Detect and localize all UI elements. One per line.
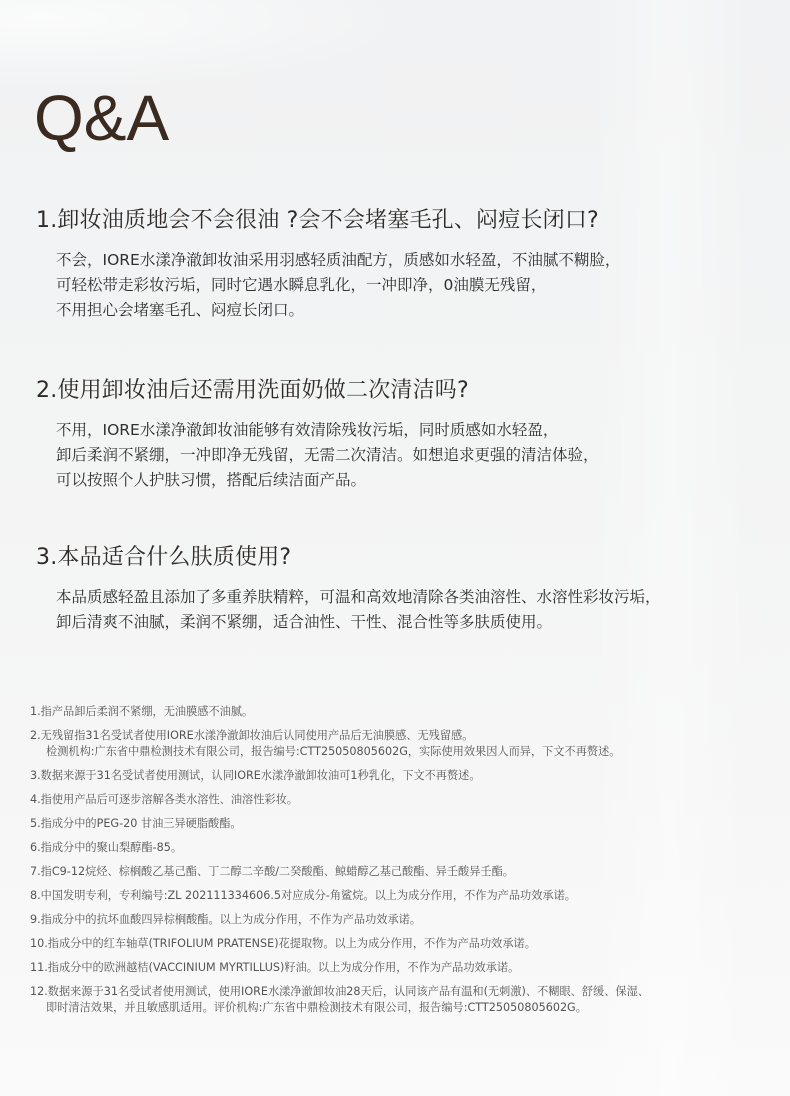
footnotes: 1.指产品卸后柔润不紧绷，无油膜感不油腻。 2.无残留指31名受试者使用IORE… [30,704,780,1024]
qa-question: 3.本品适合什么肤质使用? [36,543,786,573]
footnote-text: 2.无残留指31名受试者使用IORE水漾净澈卸妆油后认同使用产品后无油膜感、无残… [30,729,473,742]
footnote-text: 10.指成分中的红车轴草(TRIFOLIUM PRATENSE)花提取物。以上为… [30,937,536,950]
qa-answer: 不用，IORE水漾净澈卸妆油能够有效清除残妆污垢，同时质感如水轻盈， 卸后柔润不… [56,418,786,493]
footnote-text: 3.数据来源于31名受试者使用测试，认同IORE水漾净澈卸妆油可1秒乳化，下文不… [30,769,481,782]
footnote-12: 12.数据来源于31名受试者使用测试，使用IORE水漾净澈卸妆油28天后，认同该… [30,984,780,1016]
footnote-subtext: 检测机构:广东省中鼎检测技术有限公司，报告编号:CTT25050805602G，… [30,744,780,760]
footnote-text: 12.数据来源于31名受试者使用测试，使用IORE水漾净澈卸妆油28天后，认同该… [30,985,649,998]
footnote-11: 11.指成分中的欧洲越桔(VACCINIUM MYRTILLUS)籽油。以上为成… [30,960,780,976]
footnote-1: 1.指产品卸后柔润不紧绷，无油膜感不油腻。 [30,704,780,720]
page-title: Q&A [34,82,169,154]
footnote-2: 2.无残留指31名受试者使用IORE水漾净澈卸妆油后认同使用产品后无油膜感、无残… [30,728,780,760]
qa-question: 1.卸妆油质地会不会很油 ?会不会堵塞毛孔、闷痘长闭口? [36,206,786,236]
footnote-6: 6.指成分中的聚山梨醇酯-85。 [30,840,780,856]
answer-line: 不用，IORE水漾净澈卸妆油能够有效清除残妆污垢，同时质感如水轻盈， [56,418,786,443]
footnote-subtext: 即时清洁效果，并且敏感肌适用。评价机构:广东省中鼎检测技术有限公司，报告编号:C… [30,1000,780,1016]
qa-item-1: 1.卸妆油质地会不会很油 ?会不会堵塞毛孔、闷痘长闭口? 不会，IORE水漾净澈… [36,206,786,323]
footnote-7: 7.指C9-12烷烃、棕榈酸乙基己酯、丁二醇二辛酸/二癸酸酯、鲸蜡醇乙基己酸酯、… [30,864,780,880]
answer-line: 不用担心会堵塞毛孔、闷痘长闭口。 [56,298,786,323]
answer-line: 卸后柔润不紧绷，一冲即净无残留，无需二次清洁。如想追求更强的清洁体验， [56,443,786,468]
answer-line: 卸后清爽不油腻，柔润不紧绷，适合油性、干性、混合性等多肤质使用。 [56,610,786,635]
qa-item-2: 2.使用卸妆油后还需用洗面奶做二次清洁吗? 不用，IORE水漾净澈卸妆油能够有效… [36,376,786,493]
footnote-text: 5.指成分中的PEG-20 甘油三异硬脂酸酯。 [30,817,242,830]
footnote-4: 4.指使用产品后可逐步溶解各类水溶性、油溶性彩妆。 [30,792,780,808]
footnote-text: 8.中国发明专利，专利编号:ZL 202111334606.5对应成分-角鲨烷。… [30,889,576,902]
footnote-9: 9.指成分中的抗坏血酸四异棕榈酸酯。以上为成分作用，不作为产品功效承诺。 [30,912,780,928]
footnote-text: 11.指成分中的欧洲越桔(VACCINIUM MYRTILLUS)籽油。以上为成… [30,961,519,974]
footnote-10: 10.指成分中的红车轴草(TRIFOLIUM PRATENSE)花提取物。以上为… [30,936,780,952]
answer-line: 本品质感轻盈且添加了多重养肤精粹，可温和高效地清除各类油溶性、水溶性彩妆污垢， [56,585,786,610]
footnote-text: 7.指C9-12烷烃、棕榈酸乙基己酯、丁二醇二辛酸/二癸酸酯、鲸蜡醇乙基己酸酯、… [30,865,514,878]
answer-line: 可轻松带走彩妆污垢，同时它遇水瞬息乳化，一冲即净，0油膜无残留， [56,273,786,298]
answer-line: 可以按照个人护肤习惯，搭配后续洁面产品。 [56,468,786,493]
footnote-8: 8.中国发明专利，专利编号:ZL 202111334606.5对应成分-角鲨烷。… [30,888,780,904]
qa-answer: 不会，IORE水漾净澈卸妆油采用羽感轻质油配方，质感如水轻盈，不油腻不糊脸， 可… [56,248,786,323]
background-sheen [0,0,420,90]
footnote-text: 4.指使用产品后可逐步溶解各类水溶性、油溶性彩妆。 [30,793,298,806]
footnote-text: 1.指产品卸后柔润不紧绷，无油膜感不油腻。 [30,705,253,718]
qa-answer: 本品质感轻盈且添加了多重养肤精粹，可温和高效地清除各类油溶性、水溶性彩妆污垢， … [56,585,786,635]
qa-question: 2.使用卸妆油后还需用洗面奶做二次清洁吗? [36,376,786,406]
qa-item-3: 3.本品适合什么肤质使用? 本品质感轻盈且添加了多重养肤精粹，可温和高效地清除各… [36,543,786,635]
footnote-text: 9.指成分中的抗坏血酸四异棕榈酸酯。以上为成分作用，不作为产品功效承诺。 [30,913,421,926]
answer-line: 不会，IORE水漾净澈卸妆油采用羽感轻质油配方，质感如水轻盈，不油腻不糊脸， [56,248,786,273]
footnote-5: 5.指成分中的PEG-20 甘油三异硬脂酸酯。 [30,816,780,832]
footnote-3: 3.数据来源于31名受试者使用测试，认同IORE水漾净澈卸妆油可1秒乳化，下文不… [30,768,780,784]
footnote-text: 6.指成分中的聚山梨醇酯-85。 [30,841,182,854]
